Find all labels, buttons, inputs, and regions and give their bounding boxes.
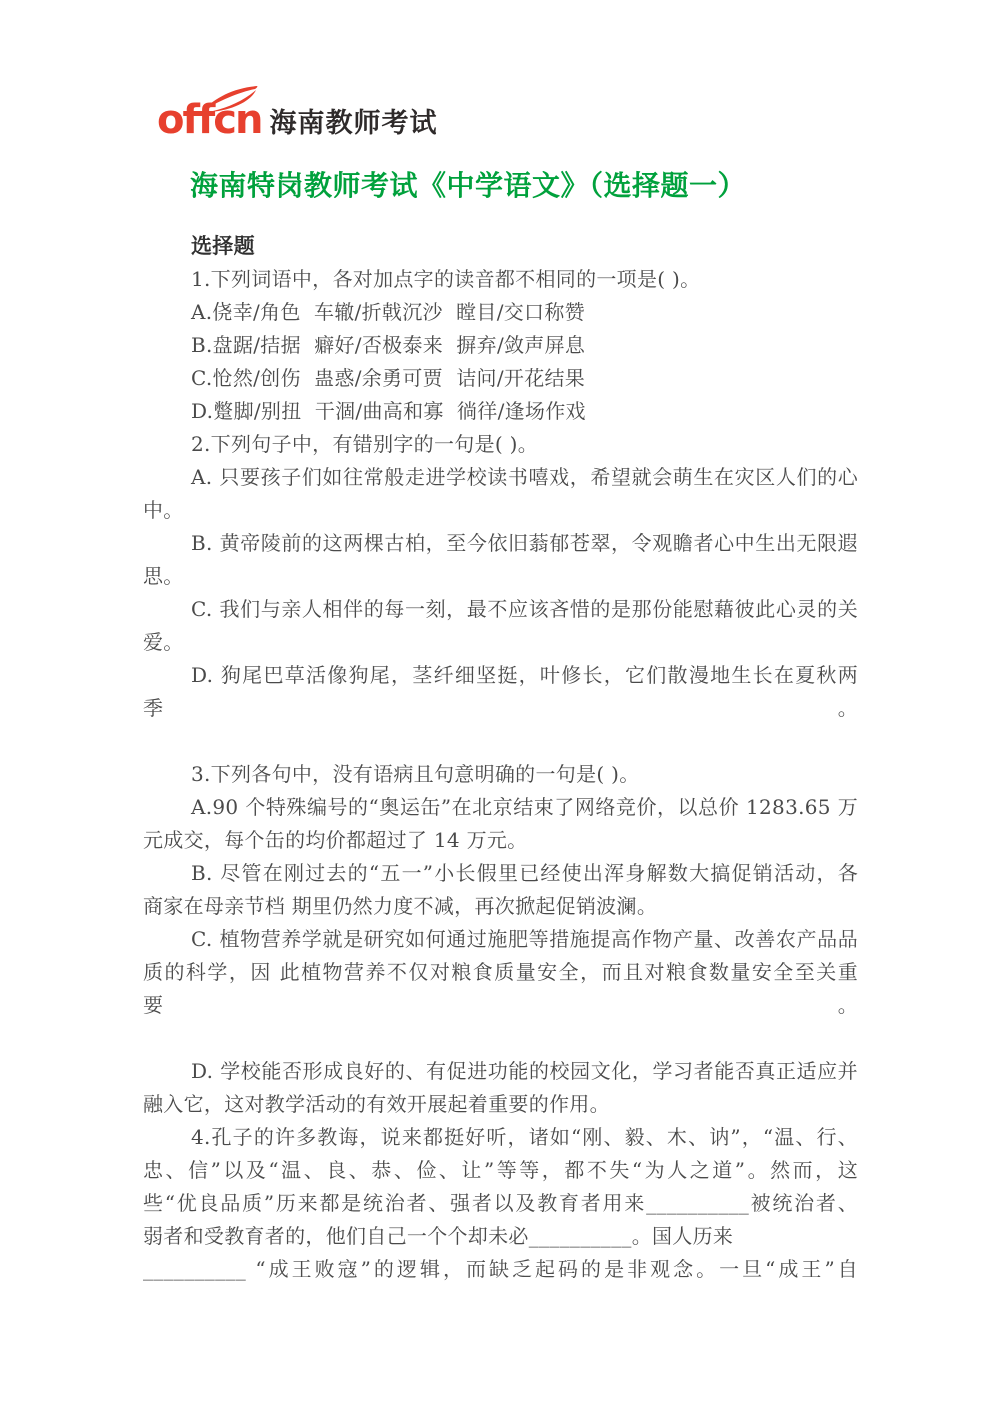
- text-line: 爱。: [143, 626, 858, 659]
- text-line: D.蹩脚/别扭 干涸/曲高和寡 徜徉/逢场作戏: [143, 395, 858, 428]
- text-line: 元成交，每个缶的均价都超过了 14 万元。: [143, 824, 858, 857]
- article-title: 海南特岗教师考试《中学语文》（选择题一）: [190, 168, 746, 204]
- text-line: 质的科学，因 此植物营养不仅对粮食质量安全，而且对粮食数量安全至关重要。: [143, 956, 858, 1022]
- text-line: 融入它，这对教学活动的有效开展起着重要的作用。: [143, 1088, 858, 1121]
- text-line: D. 学校能否形成良好的、有促进功能的校园文化，学习者能否真正适应并: [143, 1055, 858, 1088]
- site-name: 海南教师考试: [269, 108, 437, 140]
- text-line: C. 我们与亲人相伴的每一刻，最不应该吝惜的是那份能慰藉彼此心灵的关: [143, 593, 858, 626]
- text-line: 1.下列词语中，各对加点字的读音都不相同的一项是( )。: [143, 263, 858, 296]
- text-line: 3.下列各句中，没有语病且句意明确的一句是( )。: [143, 758, 858, 791]
- text-line: A.侥幸/角色 车辙/折戟沉沙 瞠目/交口称赞: [143, 296, 858, 329]
- document-body: 选择题1.下列词语中，各对加点字的读音都不相同的一项是( )。A.侥幸/角色 车…: [143, 230, 858, 1286]
- text-line: D. 狗尾巴草活像狗尾，茎纤细坚挺，叶修长，它们散漫地生长在夏秋两季。: [143, 659, 858, 725]
- blank-line: [143, 725, 858, 758]
- text-line: __________ “成王败寇”的逻辑，而缺乏起码的是非观念。一旦“成王”自: [143, 1253, 858, 1286]
- blank-line: [143, 1022, 858, 1055]
- text-line: B.盘踞/拮据 癖好/否极泰来 摒弃/敛声屏息: [143, 329, 858, 362]
- text-line: B. 尽管在刚过去的“五一”小长假里已经使出浑身解数大搞促销活动，各: [143, 857, 858, 890]
- text-line: C. 植物营养学就是研究如何通过施肥等措施提高作物产量、改善农产品品: [143, 923, 858, 956]
- text-line: A.90 个特殊编号的“奥运缶”在北京结束了网络竞价，以总价 1283.65 万: [143, 791, 858, 824]
- text-line: B. 黄帝陵前的这两棵古柏，至今依旧蓊郁苍翠，令观瞻者心中生出无限遐: [143, 527, 858, 560]
- text-line: 思。: [143, 560, 858, 593]
- text-line: 中。: [143, 494, 858, 527]
- text-line: 商家在母亲节档 期里仍然力度不减，再次掀起促销波澜。: [143, 890, 858, 923]
- offcn-logo: offcn 海南教师考试: [157, 86, 437, 140]
- offcn-wordmark: offcn: [157, 100, 261, 140]
- text-line: 些“优良品质”历来都是统治者、强者以及教育者用来__________被统治者、: [143, 1187, 858, 1220]
- text-line: A. 只要孩子们如往常般走进学校读书嘻戏，希望就会萌生在灾区人们的心: [143, 461, 858, 494]
- text-line: 2.下列句子中，有错别字的一句是( )。: [143, 428, 858, 461]
- text-line: 忠、信”以及“温、良、恭、俭、让”等等，都不失“为人之道”。然而，这: [143, 1154, 858, 1187]
- page: offcn 海南教师考试 海南特岗教师考试《中学语文》（选择题一） 选择题1.下…: [0, 0, 993, 1404]
- swoosh-icon: [201, 86, 259, 112]
- text-line: 4.孔子的许多教诲，说来都挺好听，诸如“刚、毅、木、讷”，“温、行、: [143, 1121, 858, 1154]
- section-heading: 选择题: [143, 230, 858, 263]
- text-line: 弱者和受教育者的，他们自己一个个却未必__________。国人历来: [143, 1220, 858, 1253]
- text-line: C.怆然/创伤 蛊惑/余勇可贾 诘问/开花结果: [143, 362, 858, 395]
